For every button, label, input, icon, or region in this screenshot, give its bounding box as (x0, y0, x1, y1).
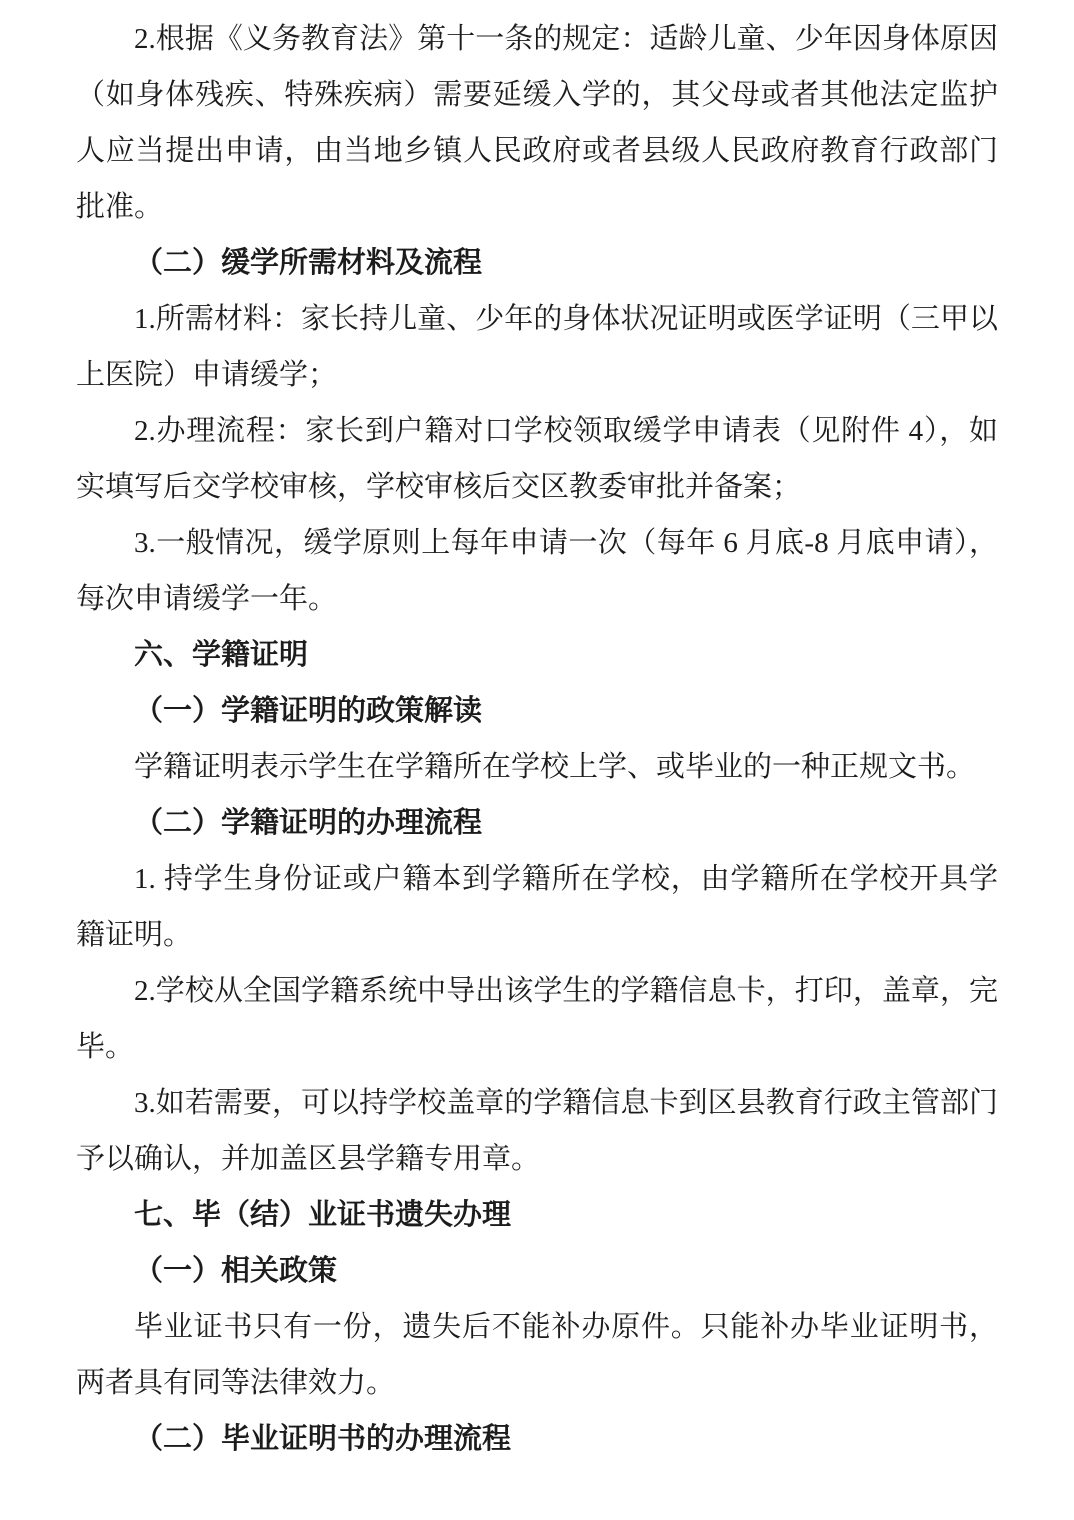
section-heading-cert-procedure: （二）学籍证明的办理流程 (76, 795, 998, 851)
section-heading-enrollment-cert: 六、学籍证明 (76, 627, 998, 683)
paragraph-deferral-policy: 2.根据《义务教育法》第十一条的规定：适龄儿童、少年因身体原因（如身体残疾、特殊… (76, 11, 998, 235)
paragraph-cert-step-3: 3.如若需要，可以持学校盖章的学籍信息卡到区县教育行政主管部门予以确认，并加盖区… (76, 1075, 998, 1187)
paragraph-cert-definition: 学籍证明表示学生在学籍所在学校上学、或毕业的一种正规文书。 (76, 739, 998, 795)
paragraph-diploma-replacement: 毕业证书只有一份，遗失后不能补办原件。只能补办毕业证明书，两者具有同等法律效力。 (76, 1299, 998, 1411)
paragraph-deferral-procedure: 2.办理流程：家长到户籍对口学校领取缓学申请表（见附件 4），如实填写后交学校审… (76, 403, 998, 515)
section-heading-lost-diploma: 七、毕（结）业证书遗失办理 (76, 1187, 998, 1243)
section-heading-diploma-procedure: （二）毕业证明书的办理流程 (76, 1411, 998, 1467)
paragraph-cert-step-2: 2.学校从全国学籍系统中导出该学生的学籍信息卡，打印，盖章，完毕。 (76, 963, 998, 1075)
paragraph-cert-step-1: 1. 持学生身份证或户籍本到学籍所在学校，由学籍所在学校开具学籍证明。 (76, 851, 998, 963)
section-heading-related-policy: （一）相关政策 (76, 1243, 998, 1299)
paragraph-deferral-materials: 1.所需材料：家长持儿童、少年的身体状况证明或医学证明（三甲以上医院）申请缓学； (76, 291, 998, 403)
section-heading-deferral-materials: （二）缓学所需材料及流程 (76, 235, 998, 291)
document-page: 2.根据《义务教育法》第十一条的规定：适龄儿童、少年因身体原因（如身体残疾、特殊… (0, 0, 1074, 1520)
section-heading-cert-policy: （一）学籍证明的政策解读 (76, 683, 998, 739)
paragraph-deferral-frequency: 3.一般情况，缓学原则上每年申请一次（每年 6 月底-8 月底申请），每次申请缓… (76, 515, 998, 627)
